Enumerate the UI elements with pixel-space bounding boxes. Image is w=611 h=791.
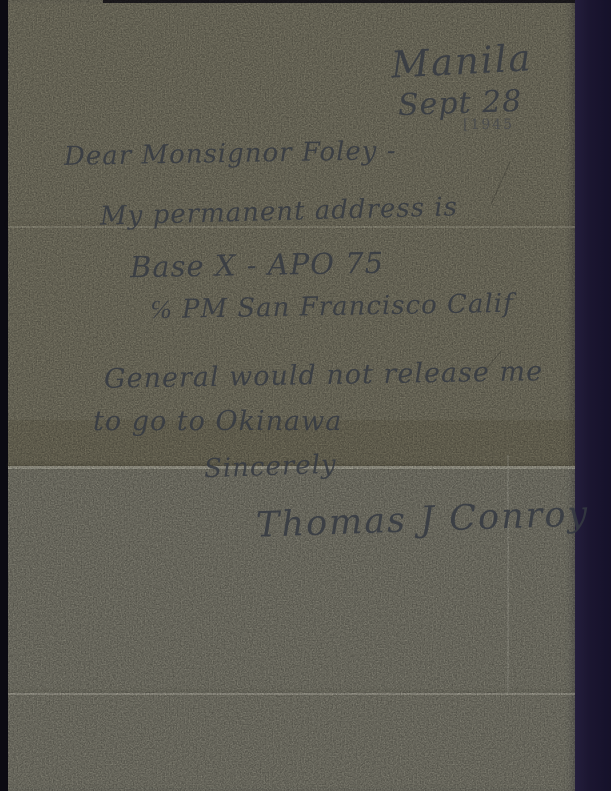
paper-top-edge-shadow — [103, 0, 575, 3]
letter-body-line: to go to Okinawa — [93, 406, 342, 437]
letter-address-line: ℅ PM San Francisco Calif — [150, 289, 514, 325]
letter-salutation: Dear Monsignor Foley - — [64, 136, 397, 172]
letter-closing: Sincerely — [204, 450, 338, 485]
letter-place: Manila — [390, 36, 534, 86]
letter-year-annotation: [1945 — [463, 117, 514, 133]
letter-paper: Manila Sept 28 [1945 Dear Monsignor Fole… — [8, 0, 575, 791]
scanned-letter-page: Manila Sept 28 [1945 Dear Monsignor Fole… — [0, 0, 611, 791]
scanner-background-right — [575, 0, 611, 791]
fold-crease-vertical — [507, 455, 509, 695]
fold-crease-lower — [8, 693, 575, 695]
letter-address-line: Base X - APO 75 — [130, 246, 385, 284]
